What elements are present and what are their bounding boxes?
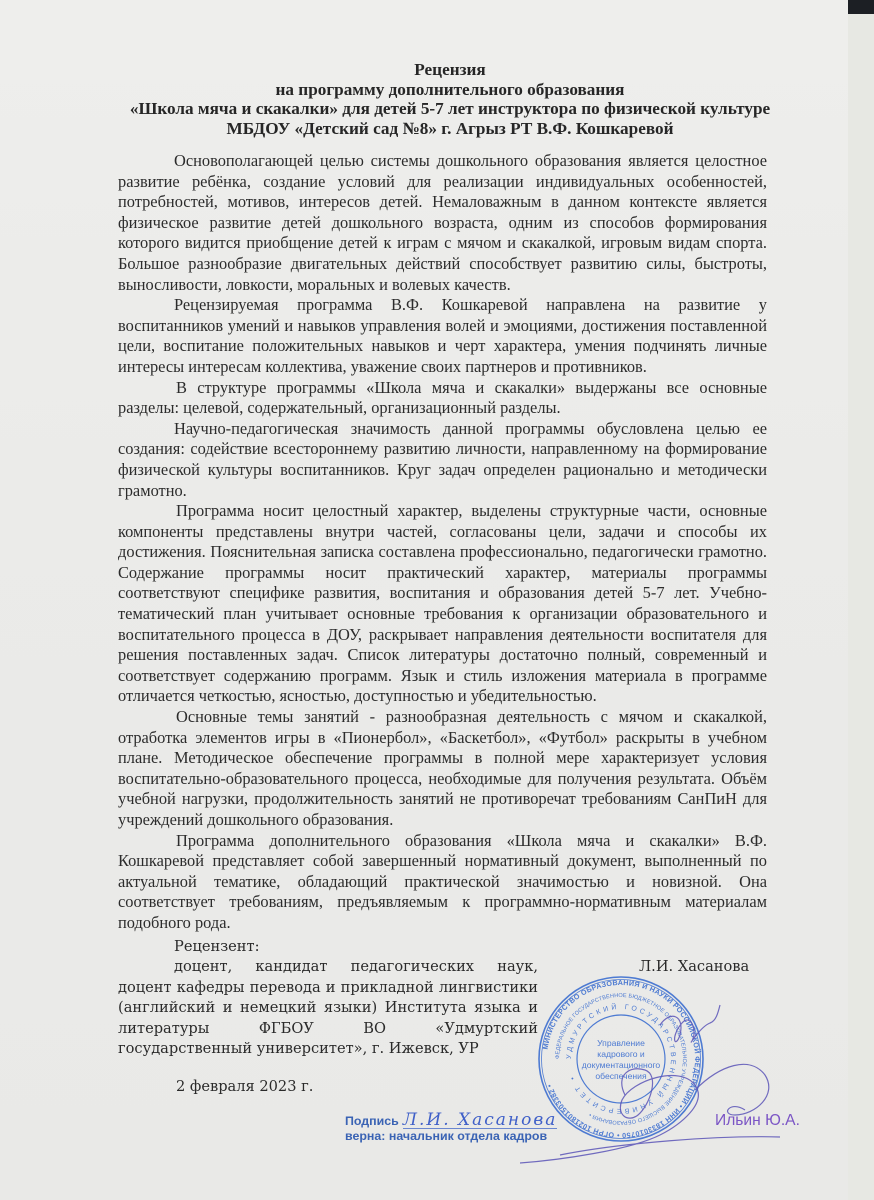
paragraph-3: В структуре программы «Школа мяча и скак…	[118, 378, 767, 419]
certify-handwritten-name: Л.И. Хасанова	[403, 1112, 558, 1129]
reviewer-label: Рецензент:	[118, 937, 538, 957]
reviewer-name: Л.И. Хасанова	[639, 958, 749, 975]
certifier-name: Ильин Ю.А.	[715, 1112, 800, 1130]
paragraph-2: Рецензируемая программа В.Ф. Кошкаревой …	[118, 295, 767, 377]
reviewer-block: Рецензент: доцент, кандидат педагогическ…	[118, 937, 538, 1059]
scanned-page: Рецензия на программу дополнительного об…	[0, 0, 874, 1200]
title-line-3: «Школа мяча и скакалки» для детей 5-7 ле…	[90, 99, 810, 119]
title-line-4: МБДОУ «Детский сад №8» г. Агрыз РТ В.Ф. …	[90, 119, 810, 139]
signature-certification: Подпись Л.И. Хасанова верна: начальник о…	[345, 1112, 557, 1144]
certify-label: Подпись	[345, 1114, 399, 1129]
review-body: Основополагающей целью системы дошкольно…	[118, 151, 767, 934]
paragraph-5: Программа носит целостный характер, выде…	[118, 501, 767, 707]
review-date: 2 февраля 2023 г.	[176, 1078, 313, 1095]
paragraph-1: Основополагающей целью системы дошкольно…	[118, 151, 767, 295]
handwritten-signature-icon	[520, 975, 810, 1165]
certify-line-2: верна: начальник отдела кадров	[345, 1129, 557, 1144]
paragraph-4: Научно-педагогическая значимость данной …	[118, 419, 767, 501]
paragraph-7: Программа дополнительного образования «Ш…	[118, 831, 767, 934]
scanner-edge-strip	[848, 14, 874, 1200]
title-line-2: на программу дополнительного образования	[90, 80, 810, 100]
reviewer-description: доцент, кандидат педагогических наук, до…	[118, 957, 538, 1059]
document-title: Рецензия на программу дополнительного об…	[90, 60, 810, 138]
title-line-1: Рецензия	[90, 60, 810, 80]
scanner-edge-artifact	[848, 0, 874, 14]
paragraph-6: Основные темы занятий - разнообразная де…	[118, 707, 767, 831]
